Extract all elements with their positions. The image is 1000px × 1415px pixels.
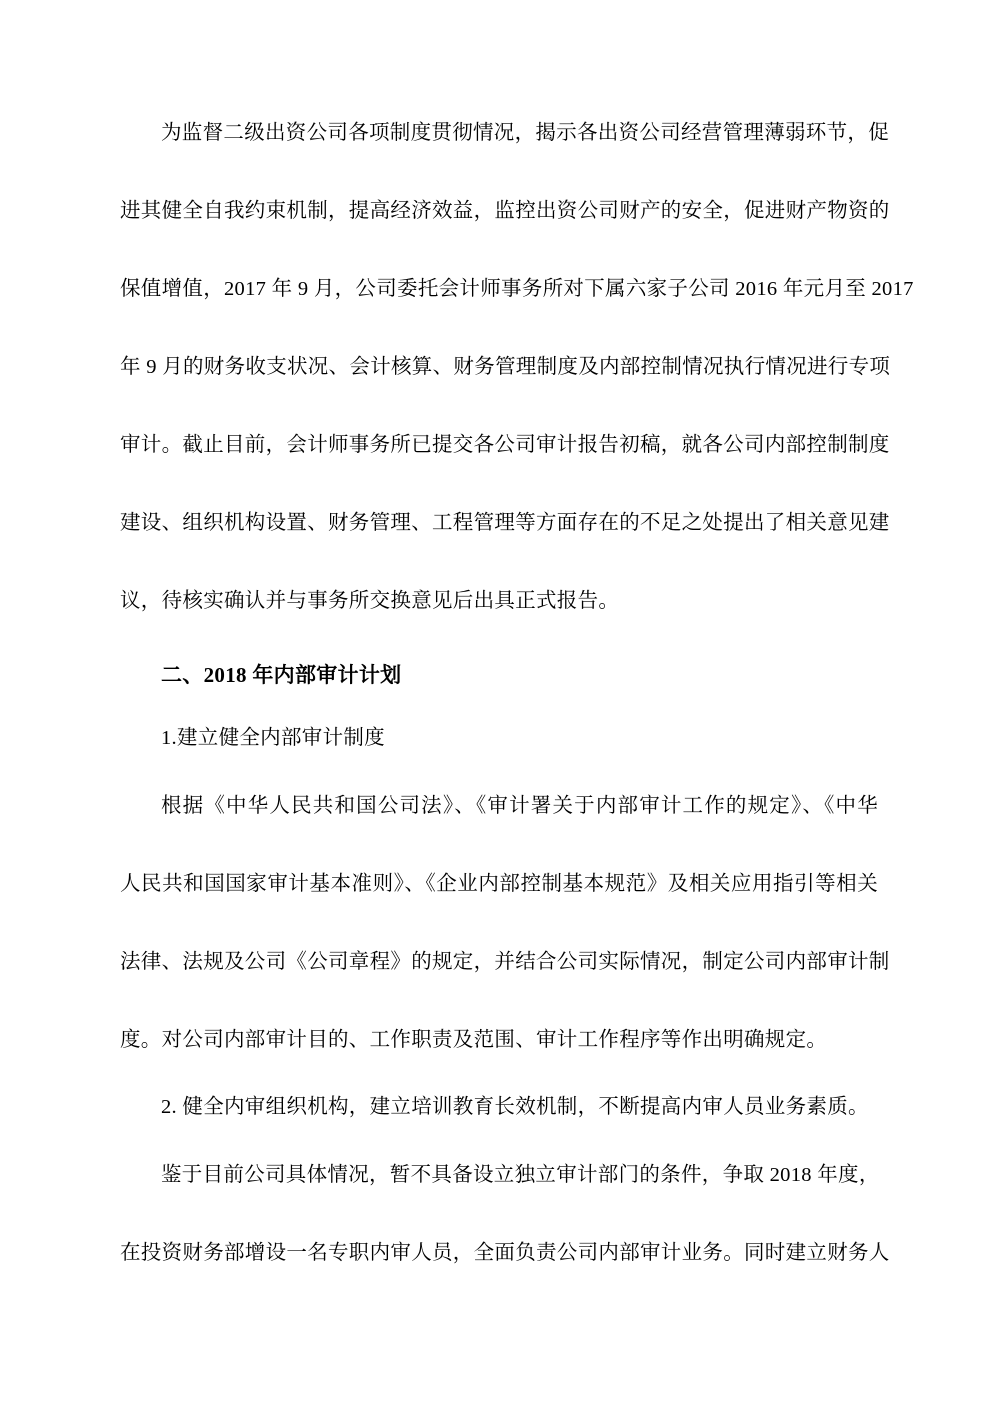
numbered-item-1: 1.建立健全内部审计制度	[120, 710, 878, 767]
paragraph1-line: 年 9 月的财务收支状况、会计核算、财务管理制度及内部控制情况执行情况进行专项	[120, 328, 878, 406]
paragraph1-line: 议，待核实确认并与事务所交换意见后出具正式报告。	[120, 562, 878, 640]
paragraph-1: 为监督二级出资公司各项制度贯彻情况，揭示各出资公司经营管理薄弱环节，促 进其健全…	[120, 94, 878, 640]
numbered-item-2: 2. 健全内审组织机构，建立培训教育长效机制，不断提高内审人员业务素质。	[120, 1079, 878, 1136]
paragraph1-line: 进其健全自我约束机制，提高经济效益，监控出资公司财产的安全，促进财产物资的	[120, 172, 878, 250]
paragraph1-line: 为监督二级出资公司各项制度贯彻情况，揭示各出资公司经营管理薄弱环节，促	[120, 94, 878, 172]
section-heading: 二、2018 年内部审计计划	[120, 640, 878, 710]
paragraph1-line: 保值增值，2017 年 9 月，公司委托会计师事务所对下属六家子公司 2016 …	[120, 250, 878, 328]
document-page: 为监督二级出资公司各项制度贯彻情况，揭示各出资公司经营管理薄弱环节，促 进其健全…	[0, 0, 1000, 1415]
document-content: 为监督二级出资公司各项制度贯彻情况，揭示各出资公司经营管理薄弱环节，促 进其健全…	[120, 0, 878, 1292]
paragraph2-line: 度。对公司内部审计目的、工作职责及范围、审计工作程序等作出明确规定。	[120, 1001, 878, 1079]
paragraph2-line: 法律、法规及公司《公司章程》的规定，并结合公司实际情况，制定公司内部审计制	[120, 923, 878, 1001]
paragraph3-line: 在投资财务部增设一名专职内审人员，全面负责公司内部审计业务。同时建立财务人	[120, 1214, 878, 1292]
paragraph1-line: 建设、组织机构设置、财务管理、工程管理等方面存在的不足之处提出了相关意见建	[120, 484, 878, 562]
paragraph2-line: 根据《中华人民共和国公司法》、《审计署关于内部审计工作的规定》、《中华	[120, 767, 878, 845]
paragraph-2: 根据《中华人民共和国公司法》、《审计署关于内部审计工作的规定》、《中华 人民共和…	[120, 767, 878, 1079]
paragraph1-line: 审计。截止目前，会计师事务所已提交各公司审计报告初稿，就各公司内部控制制度	[120, 406, 878, 484]
paragraph2-line: 人民共和国国家审计基本准则》、《企业内部控制基本规范》及相关应用指引等相关	[120, 845, 878, 923]
paragraph3-line: 鉴于目前公司具体情况，暂不具备设立独立审计部门的条件，争取 2018 年度，	[120, 1136, 878, 1214]
paragraph-3: 鉴于目前公司具体情况，暂不具备设立独立审计部门的条件，争取 2018 年度， 在…	[120, 1136, 878, 1292]
